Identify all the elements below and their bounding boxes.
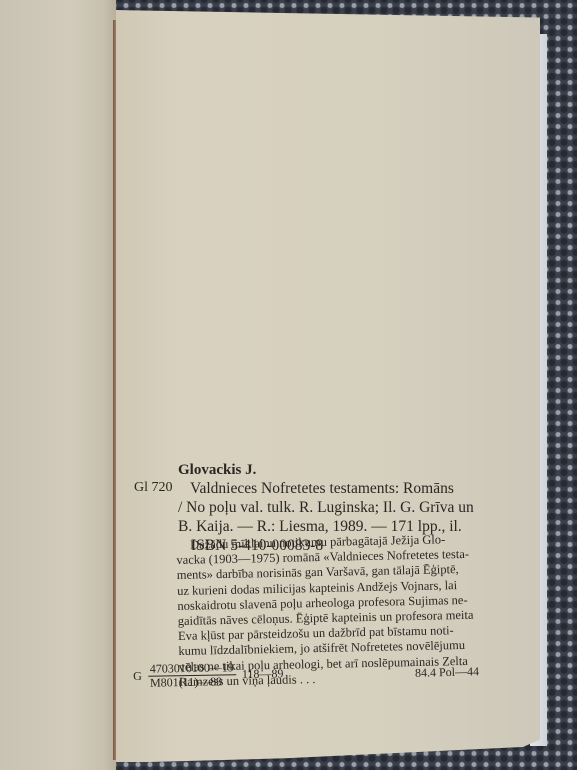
imprint-fraction: 4703010100—19 M801(11)—89 xyxy=(148,661,236,690)
order-code: 118—89 xyxy=(242,666,284,682)
bbk-code: 84.4 Pol—44 xyxy=(415,664,479,681)
author-name: Glovackis J. xyxy=(178,462,256,479)
imprint-denominator: M801(11)—89 xyxy=(148,675,236,690)
biblio-line: / No poļu val. tulk. R. Luginska; Il. G.… xyxy=(178,498,474,517)
book-gutter xyxy=(113,20,116,760)
class-code: Gl 720 xyxy=(134,480,173,496)
imprint-letter: G xyxy=(133,669,142,684)
imprint-code: G 4703010100—19 M801(11)—89 118—89 xyxy=(133,660,284,690)
biblio-line: Valdnieces Nofretetes testaments: Romāns xyxy=(178,479,474,498)
left-page xyxy=(0,0,116,770)
